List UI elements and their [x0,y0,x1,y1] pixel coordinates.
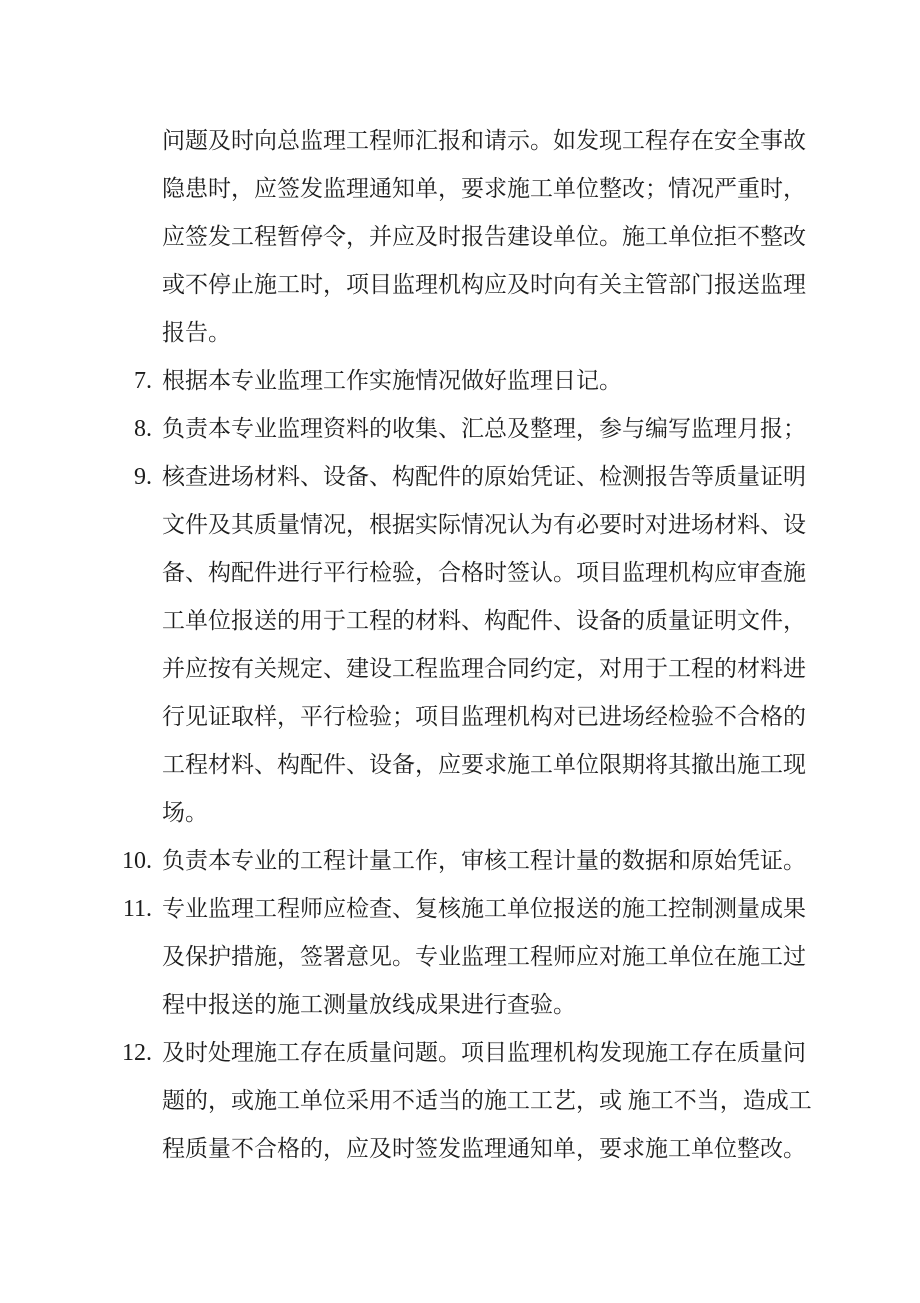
list-item-8: 8. 负责本专业监理资料的收集、汇总及整理，参与编写监理月报； [162,405,812,453]
text-line: 场。 [162,789,812,837]
list-item-12: 12. 及时处理施工存在质量问题。项目监理机构发现施工存在质量问 题的，或施工单… [162,1029,812,1173]
text-line: 并应按有关规定、建设工程监理合同约定，对用于工程的材料进 [162,645,812,693]
text-line: 负责本专业的工程计量工作，审核工程计量的数据和原始凭证。 [162,837,812,885]
list-item-11: 11. 专业监理工程师应检查、复核施工单位报送的施工控制测量成果 及保护措施，签… [162,885,812,1029]
text-line: 问题及时向总监理工程师汇报和请示。如发现工程存在安全事故 [162,117,812,165]
text-line: 工程材料、构配件、设备，应要求施工单位限期将其撤出施工现 [162,741,812,789]
list-number: 12. [112,1029,152,1077]
list-number: 7. [112,357,152,405]
text-line: 报告。 [162,309,812,357]
text-line: 根据本专业监理工作实施情况做好监理日记。 [162,357,812,405]
text-line: 隐患时，应签发监理通知单，要求施工单位整改；情况严重时， [162,165,812,213]
list-item-10: 10. 负责本专业的工程计量工作，审核工程计量的数据和原始凭证。 [162,837,812,885]
document-body: 问题及时向总监理工程师汇报和请示。如发现工程存在安全事故 隐患时，应签发监理通知… [162,117,812,1173]
text-line: 程中报送的施工测量放线成果进行查验。 [162,981,812,1029]
text-line: 应签发工程暂停令，并应及时报告建设单位。施工单位拒不整改 [162,213,812,261]
list-item-9: 9. 核查进场材料、设备、构配件的原始凭证、检测报告等质量证明 文件及其质量情况… [162,453,812,837]
document-page: 问题及时向总监理工程师汇报和请示。如发现工程存在安全事故 隐患时，应签发监理通知… [0,0,920,1303]
text-line: 工单位报送的用于工程的材料、构配件、设备的质量证明文件， [162,597,812,645]
list-number: 8. [112,405,152,453]
text-line: 负责本专业监理资料的收集、汇总及整理，参与编写监理月报； [162,405,812,453]
text-line: 文件及其质量情况，根据实际情况认为有必要时对进场材料、设 [162,501,812,549]
list-number: 10. [112,837,152,885]
text-line: 核查进场材料、设备、构配件的原始凭证、检测报告等质量证明 [162,453,812,501]
text-line: 及时处理施工存在质量问题。项目监理机构发现施工存在质量问 [162,1029,812,1077]
text-line: 行见证取样，平行检验；项目监理机构对已进场经检验不合格的 [162,693,812,741]
text-line: 题的，或施工单位采用不适当的施工工艺，或 施工不当，造成工 [162,1077,812,1125]
paragraph-continuation: 问题及时向总监理工程师汇报和请示。如发现工程存在安全事故 隐患时，应签发监理通知… [162,117,812,357]
list-number: 11. [112,885,152,933]
text-line: 程质量不合格的，应及时签发监理通知单，要求施工单位整改。 [162,1125,812,1173]
text-line: 专业监理工程师应检查、复核施工单位报送的施工控制测量成果 [162,885,812,933]
list-number: 9. [112,453,152,501]
text-line: 备、构配件进行平行检验，合格时签认。项目监理机构应审查施 [162,549,812,597]
list-item-7: 7. 根据本专业监理工作实施情况做好监理日记。 [162,357,812,405]
text-line: 或不停止施工时，项目监理机构应及时向有关主管部门报送监理 [162,261,812,309]
text-line: 及保护措施，签署意见。专业监理工程师应对施工单位在施工过 [162,933,812,981]
